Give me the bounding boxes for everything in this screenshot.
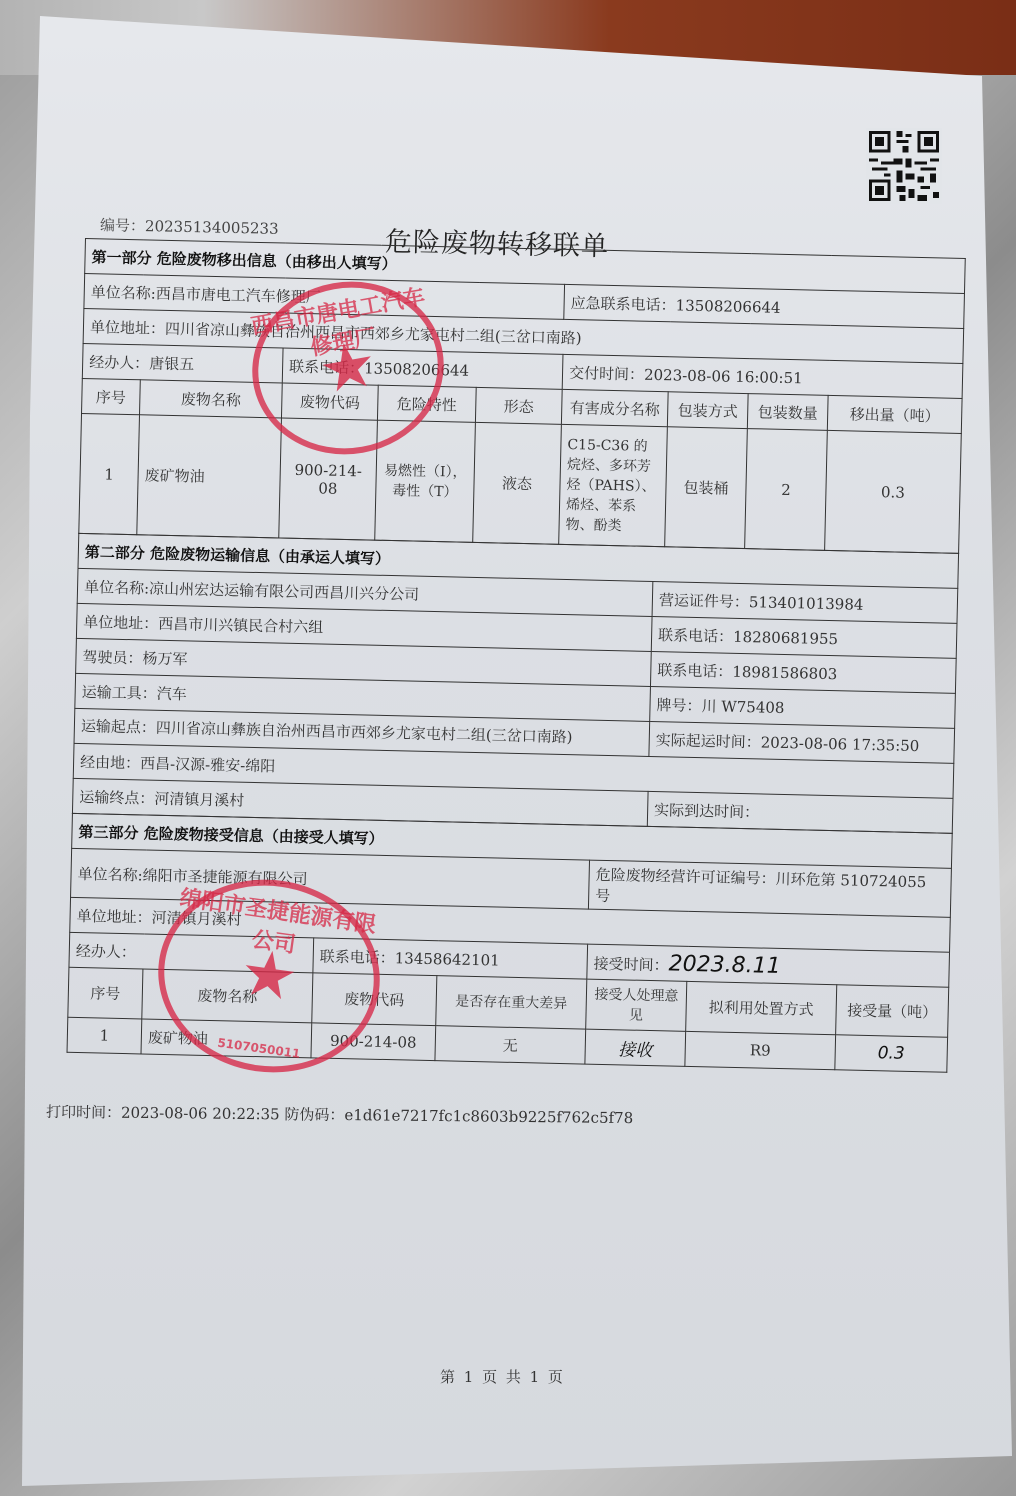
value: 2023-08-06 17:35:50 (761, 733, 920, 755)
document-number-value: 20235134005233 (145, 217, 279, 238)
part1-table: 第一部分 危险废物移出信息（由移出人填写） 单位名称:西昌市唐电工汽车修理厂 应… (78, 238, 965, 554)
label: 运输起点： (81, 717, 156, 737)
col-header: 包装数量 (747, 394, 828, 431)
cell-form: 液态 (473, 422, 562, 544)
col-header: 废物名称 (142, 969, 313, 1023)
value: 13508206644 (675, 296, 780, 316)
label: 联系电话： (289, 357, 364, 377)
label: 应急联系电话： (570, 294, 675, 314)
label: 经办人： (76, 941, 136, 960)
cell-packaging: 包装桶 (665, 427, 748, 549)
col-header: 废物名称 (140, 380, 283, 418)
value: 绵阳市圣捷能源有限公司 (142, 866, 307, 888)
label: 危险废物经营许可证编号： (595, 866, 775, 888)
value: 汽车 (157, 684, 187, 703)
label: 单位名称: (91, 283, 156, 302)
label: 单位地址： (83, 613, 158, 633)
value: 凉山州宏达运输有限公司西昌川兴分公司 (149, 579, 419, 603)
label: 实际到达时间： (654, 801, 759, 821)
col-header: 形态 (475, 387, 562, 424)
col-header: 序号 (68, 967, 143, 1019)
cell-code: 900-214-08 (311, 1023, 436, 1061)
value: 西昌-汉源-雅安-绵阳 (140, 754, 276, 775)
value: 513401013984 (749, 593, 864, 614)
part3-table: 第三部分 危险废物接受信息（由接受人填写） 单位名称:绵阳市圣捷能源有限公司 危… (67, 813, 953, 1073)
col-header: 是否存在重大差异 (436, 976, 587, 1029)
value: 四川省凉山彝族自治州西昌市西郊乡尤家屯村二组(三岔口南路) (165, 319, 582, 346)
table-row: 1 废矿物油 900-214-08 易燃性（I），毒性（T） 液态 C15-C3… (79, 413, 961, 553)
label: 运输终点： (79, 788, 154, 808)
cell-components: C15-C36 的烷烃、多环芳烃（PAHS）、烯烃、苯系物、酚类 (559, 424, 668, 546)
value: 18981586803 (732, 662, 837, 682)
value: 唐银五 (149, 354, 194, 373)
col-header: 接受人处理意见 (586, 979, 687, 1031)
label: 运输工具： (82, 683, 157, 703)
value: 13508206644 (364, 359, 469, 379)
transfer-form: 第一部分 危险废物移出信息（由移出人填写） 单位名称:西昌市唐电工汽车修理厂 应… (67, 238, 965, 1073)
label: 联系电话： (658, 626, 733, 646)
cell-seq: 1 (79, 413, 140, 534)
label: 联系电话： (657, 661, 732, 681)
cell-package-count: 2 (745, 429, 828, 551)
document-number: 编号：20235134005233 (100, 214, 279, 239)
col-header: 接受量（吨） (836, 985, 949, 1038)
label: 牌号： (656, 696, 701, 715)
col-header: 废物代码 (281, 383, 378, 420)
label: 单位名称: (77, 864, 142, 883)
cell-quantity: 0.3 (835, 1035, 948, 1073)
value: 杨万军 (142, 649, 187, 668)
col-header: 有害成分名称 (561, 389, 668, 426)
value: 2023-08-06 16:00:51 (644, 365, 803, 387)
cell-quantity: 0.3 (825, 430, 962, 553)
label: 联系电话： (320, 947, 395, 967)
value: 河清镇月溪村 (154, 789, 244, 809)
col-header: 危险特性 (377, 385, 476, 422)
anti-fake-code: e1d61e7217fc1c8603b9225f762c5f78 (344, 1106, 633, 1127)
label: 实际起运时间： (656, 731, 761, 751)
cell-opinion: 接收 (585, 1029, 686, 1066)
anti-fake-label: 防伪码： (284, 1105, 344, 1124)
value: 西昌市唐电工汽车修理厂 (156, 284, 321, 306)
value: 西昌市川兴镇民合村六组 (158, 614, 323, 636)
handwritten-value: 2023.8.11 (668, 951, 781, 979)
label: 接受时间： (593, 954, 668, 974)
col-header: 废物代码 (312, 973, 437, 1026)
print-time: 2023-08-06 20:22:35 (121, 1104, 280, 1124)
cell-hazard: 易燃性（I），毒性（T） (375, 420, 476, 542)
part2-table: 第二部分 危险废物运输信息（由承运人填写） 单位名称:凉山州宏达运输有限公司西昌… (72, 533, 959, 834)
value: 13458642101 (395, 949, 500, 969)
label: 单位地址： (90, 318, 165, 338)
cell-code: 900-214-08 (279, 418, 378, 540)
cell-discrepancy: 无 (435, 1026, 586, 1064)
label: 交付时间： (569, 364, 644, 384)
col-header: 移出量（吨） (827, 395, 962, 433)
label: 单位地址： (76, 906, 151, 926)
page-indicator: 第 1 页 共 1 页 (440, 1366, 565, 1387)
cell-seq: 1 (67, 1017, 142, 1054)
cell-name: 废矿物油 (141, 1019, 312, 1058)
value: 河清镇月溪村 (151, 908, 241, 928)
part3-handler: 经办人： (69, 932, 314, 973)
cell-disposal: R9 (685, 1031, 836, 1069)
part1-handler: 经办人：唐银五 (82, 343, 283, 383)
label: 经由地： (80, 753, 140, 772)
qr-code-icon (864, 128, 944, 204)
value: 18280681955 (733, 627, 838, 647)
col-header: 包装方式 (667, 392, 748, 429)
label: 单位名称: (84, 578, 149, 597)
value: 四川省凉山彝族自治州西昌市西郊乡尤家屯村二组(三岔口南路) (156, 719, 573, 746)
value: 川 W75408 (701, 697, 784, 717)
col-header: 序号 (82, 378, 141, 414)
label: 营运证件号： (659, 591, 749, 611)
part3-permit: 危险废物经营许可证编号：川环危第 510724055 号 (588, 860, 951, 917)
cell-name: 废矿物油 (137, 415, 282, 538)
col-header: 拟利用处置方式 (686, 981, 837, 1034)
print-time-label: 打印时间： (46, 1103, 121, 1122)
document-number-label: 编号： (100, 216, 145, 235)
label: 驾驶员： (82, 648, 142, 667)
label: 经办人： (89, 353, 149, 372)
